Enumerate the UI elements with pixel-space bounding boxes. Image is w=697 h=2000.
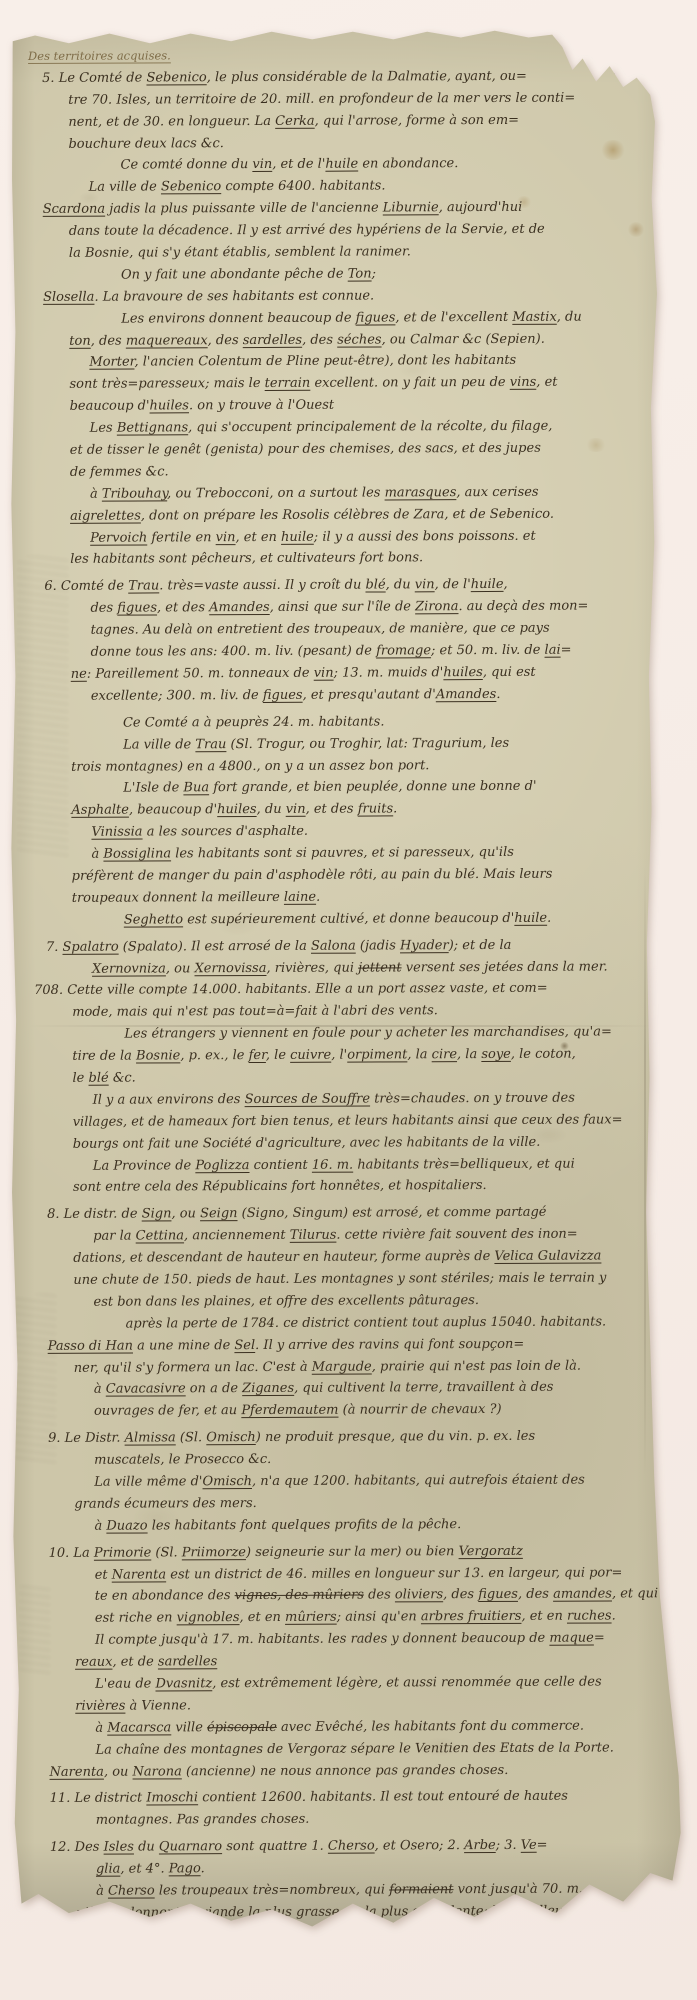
manuscript-line: ne: Pareillement 50. m. tonneaux de vin;… bbox=[31, 661, 671, 686]
manuscript-line: dans toute la décadence. Il y est arrivé… bbox=[29, 218, 669, 243]
manuscript-line: est riche en vignobles, et en mûriers; a… bbox=[35, 1606, 675, 1631]
manuscript-line: nent, et de 30. en longueur. La Cerka, q… bbox=[28, 109, 668, 134]
manuscript-line: 10. La Primorie (Sl. Priimorze) seigneur… bbox=[35, 1540, 675, 1565]
manuscript-line: mode, mais qui n'est pas tout=à=fait à l… bbox=[32, 999, 672, 1024]
manuscript-line: L'eau de Dvasnitz, est extrêmement légèr… bbox=[35, 1671, 675, 1696]
manuscript-line: 6. Comté de Trau. très=vaste aussi. Il y… bbox=[30, 574, 670, 599]
manuscript-line: La Province de Poglizza contient 16. m. … bbox=[33, 1153, 673, 1178]
manuscript-text: Des territoires acquises. 5. Le Comté de… bbox=[28, 43, 676, 1925]
manuscript-line: Ce comté donne du vin, et de l'huile en … bbox=[28, 153, 668, 178]
manuscript-line: des figues, et des Amandes, ainsi que su… bbox=[30, 595, 670, 620]
manuscript-line: et Narenta est un district de 46. milles… bbox=[35, 1562, 675, 1587]
manuscript-line: trois montagnes) en a 4800., on y a un a… bbox=[31, 754, 671, 779]
manuscript-line: Pervoich fertile en vin, et en huile; il… bbox=[30, 525, 670, 550]
manuscript-line: muscatels, le Prosecco &c. bbox=[34, 1447, 674, 1472]
manuscript-line: donne tous les ans: 400. m. liv. (pesant… bbox=[31, 639, 671, 664]
manuscript-line: à Tribouhay, ou Trebocconi, on a surtout… bbox=[30, 481, 670, 506]
manuscript-line: tire de la Bosnie, p. ex., le fer, le cu… bbox=[32, 1043, 672, 1068]
manuscript-line: La chaîne des montagnes de Vergoraz sépa… bbox=[35, 1737, 675, 1762]
manuscript-line: Ce Comté a à peuprès 24. m. habitants. bbox=[31, 710, 671, 735]
manuscript-line: te en abondance des vignes, des mûriers … bbox=[35, 1584, 675, 1609]
manuscript-line: ner, qu'il s'y formera un lac. C'est à M… bbox=[34, 1355, 674, 1380]
manuscript-line: à Cavacasivre on a de Ziganes, qui culti… bbox=[34, 1377, 674, 1402]
manuscript-line: villages, et de hameaux fort bien tenus,… bbox=[33, 1109, 673, 1134]
manuscript-line: ton, des maquereaux, des sardelles, des … bbox=[29, 328, 669, 353]
manuscript-line: à Cherso les troupeaux très=nombreux, qu… bbox=[36, 1878, 676, 1903]
heading-text: Des territoires acquises. bbox=[28, 48, 171, 63]
manuscript-line: grands écumeurs des mers. bbox=[34, 1491, 674, 1516]
manuscript-line: La ville même d'Omisch, n'a que 1200. ha… bbox=[34, 1469, 674, 1494]
manuscript-line: tagnes. Au delà on entretient des troupe… bbox=[31, 617, 671, 642]
manuscript-line: 7. Spalatro (Spalato). Il est arrosé de … bbox=[32, 934, 672, 959]
manuscript-line: 5. Le Comté de Sebenico, le plus considé… bbox=[28, 65, 668, 90]
manuscript-line: sont très=paresseux; mais le terrain exc… bbox=[29, 372, 669, 397]
manuscript-line: 9. Le Distr. Almissa (Sl. Omisch) ne pro… bbox=[34, 1425, 674, 1450]
paper-sheet: 3 Des territoires acquises. 5. Le Comté … bbox=[8, 26, 684, 1938]
manuscript-line: La ville de Sebenico compte 6400. habita… bbox=[29, 175, 669, 200]
manuscript-line: bouchure deux lacs &c. bbox=[28, 131, 668, 156]
manuscript-line: Passo di Han a une mine de Sel. Il y arr… bbox=[34, 1333, 674, 1358]
manuscript-line: 11. Le district Imoschi contient 12600. … bbox=[36, 1786, 676, 1811]
manuscript-line: Seghetto est supérieurement cultivé, et … bbox=[32, 907, 672, 932]
manuscript-line: troupeaux donnent la meilleure laine. bbox=[32, 885, 672, 910]
manuscript-line: beaucoup d'huiles. on y trouve à l'Ouest bbox=[30, 393, 670, 418]
manuscript-line: à Duazo les habitants font quelques prof… bbox=[34, 1513, 674, 1538]
manuscript-line: une chute de 150. pieds de haut. Les mon… bbox=[33, 1267, 673, 1292]
manuscript-page: 3 Des territoires acquises. 5. Le Comté … bbox=[8, 26, 684, 1938]
manuscript-line: Il y a aux environs des Sources de Souff… bbox=[33, 1087, 673, 1112]
manuscript-line: Les Bettignans, qui s'occupent principal… bbox=[30, 415, 670, 440]
manuscript-line: Xernovniza, ou Xernovissa, rivières, qui… bbox=[32, 956, 672, 981]
manuscript-line: les habitants sont pêcheurs, et cultivat… bbox=[30, 547, 670, 572]
manuscript-line: montagnes. Pas grandes choses. bbox=[36, 1808, 676, 1833]
manuscript-line: Scardona jadis la plus puissante ville d… bbox=[29, 196, 669, 221]
manuscript-line: Narenta, ou Narona (ancienne) ne nous an… bbox=[35, 1759, 675, 1784]
manuscript-line: par la Cettina, anciennement Tilurus. ce… bbox=[33, 1223, 673, 1248]
manuscript-line: le blé &c. bbox=[32, 1065, 672, 1090]
manuscript-line: Slosella. La bravoure de ses habitants e… bbox=[29, 284, 669, 309]
manuscript-line: dations, et descendant de hauteur en hau… bbox=[33, 1245, 673, 1270]
manuscript-line: rivières à Vienne. bbox=[35, 1693, 675, 1718]
manuscript-line: ouvrages de fer, et au Pferdemautem (à n… bbox=[34, 1399, 674, 1424]
manuscript-line: tre 70. Isles, un territoire de 20. mill… bbox=[28, 87, 668, 112]
manuscript-line: bourgs ont fait une Société d'agricultur… bbox=[33, 1131, 673, 1156]
manuscript-line: préfèrent de manger du pain d'asphodèle … bbox=[32, 863, 672, 888]
manuscript-line: excellente; 300. m. liv. de figues, et p… bbox=[31, 683, 671, 708]
manuscript-line: reaux, et de sardelles bbox=[35, 1649, 675, 1674]
manuscript-line: Asphalte, beaucoup d'huiles, du vin, et … bbox=[31, 797, 671, 822]
manuscript-line: de femmes &c. bbox=[30, 459, 670, 484]
manuscript-line: La ville de Trau (Sl. Trogur, ou Troghir… bbox=[31, 732, 671, 757]
manuscript-line: Les étrangers y viennent en foule pour y… bbox=[32, 1021, 672, 1046]
manuscript-line: Vinissia a les sources d'asphalte. bbox=[31, 819, 671, 844]
manuscript-line: On y fait une abondante pêche de Ton; bbox=[29, 262, 669, 287]
manuscript-line: glia, et 4°. Pago. bbox=[36, 1856, 676, 1881]
manuscript-line: est bon dans les plaines, et offre des e… bbox=[33, 1289, 673, 1314]
manuscript-line: à Macarsca ville épiscopale avec Evêché,… bbox=[35, 1715, 675, 1740]
manuscript-line: L'Isle de Bua fort grande, et bien peupl… bbox=[31, 776, 671, 801]
manuscript-line: la Bosnie, qui s'y étant établis, semble… bbox=[29, 240, 669, 265]
manuscript-line: 12. Des Isles du Quarnaro sont quattre 1… bbox=[36, 1834, 676, 1859]
manuscript-line: sont entre cela des Républicains fort ho… bbox=[33, 1175, 673, 1200]
manuscript-line: 708. Cette ville compte 14.000. habitant… bbox=[32, 978, 672, 1003]
manuscript-line: Les environs donnent beaucoup de figues,… bbox=[29, 306, 669, 331]
manuscript-line: pièces, donnent la viande la plus grasse… bbox=[36, 1900, 676, 1925]
heading-line: Des territoires acquises. bbox=[28, 43, 668, 68]
manuscript-line: et de tisser le genêt (genista) pour des… bbox=[30, 437, 670, 462]
manuscript-line: Morter, l'ancien Colentum de Pline peut-… bbox=[29, 350, 669, 375]
manuscript-line: Il compte jusqu'à 17. m. habitants. les … bbox=[35, 1627, 675, 1652]
manuscript-line: 8. Le distr. de Sign, ou Seign (Signo, S… bbox=[33, 1202, 673, 1227]
manuscript-line: aigrelettes, dont on prépare les Rosolis… bbox=[30, 503, 670, 528]
manuscript-line: après la perte de 1784. ce district cont… bbox=[34, 1311, 674, 1336]
manuscript-line: à Bossiglina les habitants sont si pauvr… bbox=[31, 841, 671, 866]
